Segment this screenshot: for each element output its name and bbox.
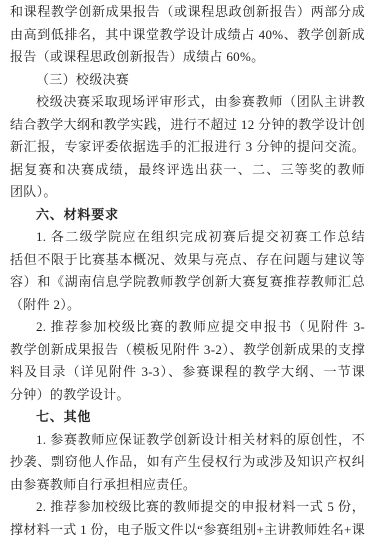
text-line: 容）和《湖南信息学院教师教学创新大赛复赛推荐教师汇总表》 (10, 271, 365, 294)
text-line: 撑材料一式 1 份，电子版文件以“参赛组别+主讲教师姓名+课 (10, 519, 365, 542)
text-line: 新汇报，专家评委依据选手的汇报进行 3 分钟的提问交流。根 (10, 136, 365, 159)
text-line: 团队）。 (10, 181, 365, 204)
text-line: 1. 各二级学院应在组织完成初赛后提交初赛工作总结（包 (10, 226, 365, 249)
text-line: 抄袭、剽窃他人作品，如有产生侵权行为或涉及知识产权纠纷， (10, 451, 365, 474)
section-heading: 六、材料要求 (10, 204, 365, 227)
text-line: 2. 推荐参加校级比赛的教师应提交申报书（见附件 3-1）、 (10, 316, 365, 339)
text-line: 结合教学大纲和教学实践，进行不超过 12 分钟的教学设计创 (10, 114, 365, 137)
text-line: （附件 2）。 (10, 294, 365, 317)
text-line: （三）校级决赛 (10, 69, 365, 92)
text-line: 料及目录（详见附件 3-3）、参赛课程的教学大纲、一节课（45 (10, 361, 365, 384)
text-line: 和课程教学创新成果报告（或课程思政创新报告）两部分成绩 (10, 1, 365, 24)
text-line: 由参赛教师自行承担相应责任。 (10, 474, 365, 497)
text-line: 据复赛和决赛成绩，最终评选出获一、二、三等奖的教师（或 (10, 159, 365, 182)
text-line: 括但不限于比赛基本概况、效果与亮点、存在问题与建议等内 (10, 249, 365, 272)
text-line: 2. 推荐参加校级比赛的教师提交的申报材料一式 5 份，支 (10, 496, 365, 519)
text-line: 分钟）的教学设计。 (10, 384, 365, 407)
text-line: 教学创新成果报告（模板见附件 3-2）、教学创新成果的支撑材 (10, 339, 365, 362)
text-line: 由高到低排名，其中课堂教学设计成绩占 40%、教学创新成果 (10, 24, 365, 47)
document-page: 和课程教学创新成果报告（或课程思政创新报告）两部分成绩由高到低排名，其中课堂教学… (0, 0, 375, 550)
text-line: 1. 参赛教师应保证教学创新设计相关材料的原创性，不得 (10, 429, 365, 452)
text-line: 报告（或课程思政创新报告）成绩占 60%。 (10, 46, 365, 69)
text-line: 校级决赛采取现场评审形式，由参赛教师（团队主讲教师） (10, 91, 365, 114)
section-heading: 七、其他 (10, 406, 365, 429)
